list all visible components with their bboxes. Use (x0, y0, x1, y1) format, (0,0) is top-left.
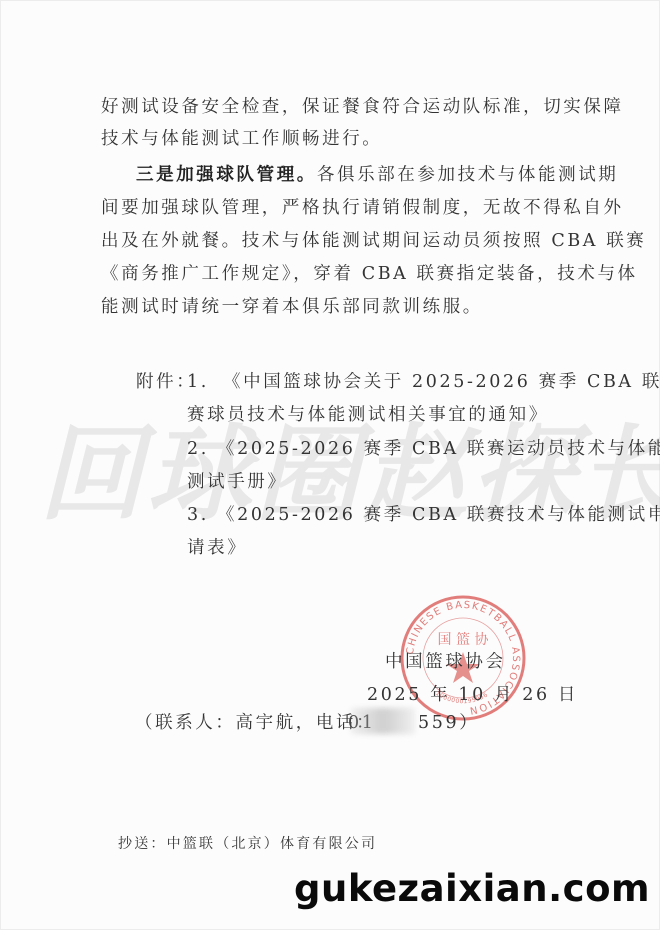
redacted-phone (351, 708, 415, 734)
attachment-1-number: 1. (187, 371, 209, 393)
section-text: 各俱乐部在参加技术与体能测试期 (317, 165, 619, 185)
attachment-3-title-cont: 请表》 (187, 537, 247, 559)
body-line-3: 三是加强球队管理。各俱乐部在参加技术与体能测试期 (136, 164, 618, 186)
document-page: 回球圈赵探长 CHINESE BASKETBALL ASSOCIATION 10… (0, 0, 660, 930)
body-line-5: 出及在外就餐。技术与体能测试期间运动员须按照 CBA 联赛 (101, 230, 646, 252)
cc-line: 抄送：中篮联（北京）体育有限公司 (118, 833, 377, 855)
attachment-2-title: 《2025-2026 赛季 CBA 联赛运动员技术与体能 (217, 438, 660, 460)
site-watermark: gukezaixian.com (294, 867, 650, 911)
attachment-2-number: 2. (187, 438, 209, 460)
attachment-1-title-cont: 赛球员技术与体能测试相关事宜的通知》 (187, 404, 549, 426)
contact-prefix: （联系人：高宇航，电话： (135, 712, 376, 734)
body-line-7: 能测试时请统一穿着本俱乐部同款训练服。 (101, 296, 483, 318)
body-line-6: 《商务推广工作规定》，穿着 CBA 联赛指定装备，技术与体 (101, 263, 638, 285)
attachment-1-title: 《中国篮球协会关于 2025-2026 赛季 CBA 联 (223, 371, 660, 393)
attachment-2-title-cont: 测试手册》 (187, 471, 288, 493)
document-body: 好测试设备安全检查，保证餐食符合运动队标准，切实保障 技术与体能测试工作顺畅进行… (1, 1, 660, 930)
body-line-1: 好测试设备安全检查，保证餐食符合运动队标准，切实保障 (101, 96, 624, 118)
body-line-4: 间要加强球队管理，严格执行请销假制度，无故不得私自外 (101, 197, 624, 219)
attachment-3-title: 《2025-2026 赛季 CBA 联赛技术与体能测试申 (217, 504, 660, 526)
signature-date: 2025 年 10 月 26 日 (367, 684, 578, 706)
signature-organization: 中国篮球协会 (385, 651, 506, 673)
contact-phone-end: 559） (418, 712, 479, 734)
attachment-3-number: 3. (187, 504, 209, 526)
body-line-2: 技术与体能测试工作顺畅进行。 (101, 128, 382, 150)
section-heading: 三是加强球队管理。 (136, 165, 317, 185)
